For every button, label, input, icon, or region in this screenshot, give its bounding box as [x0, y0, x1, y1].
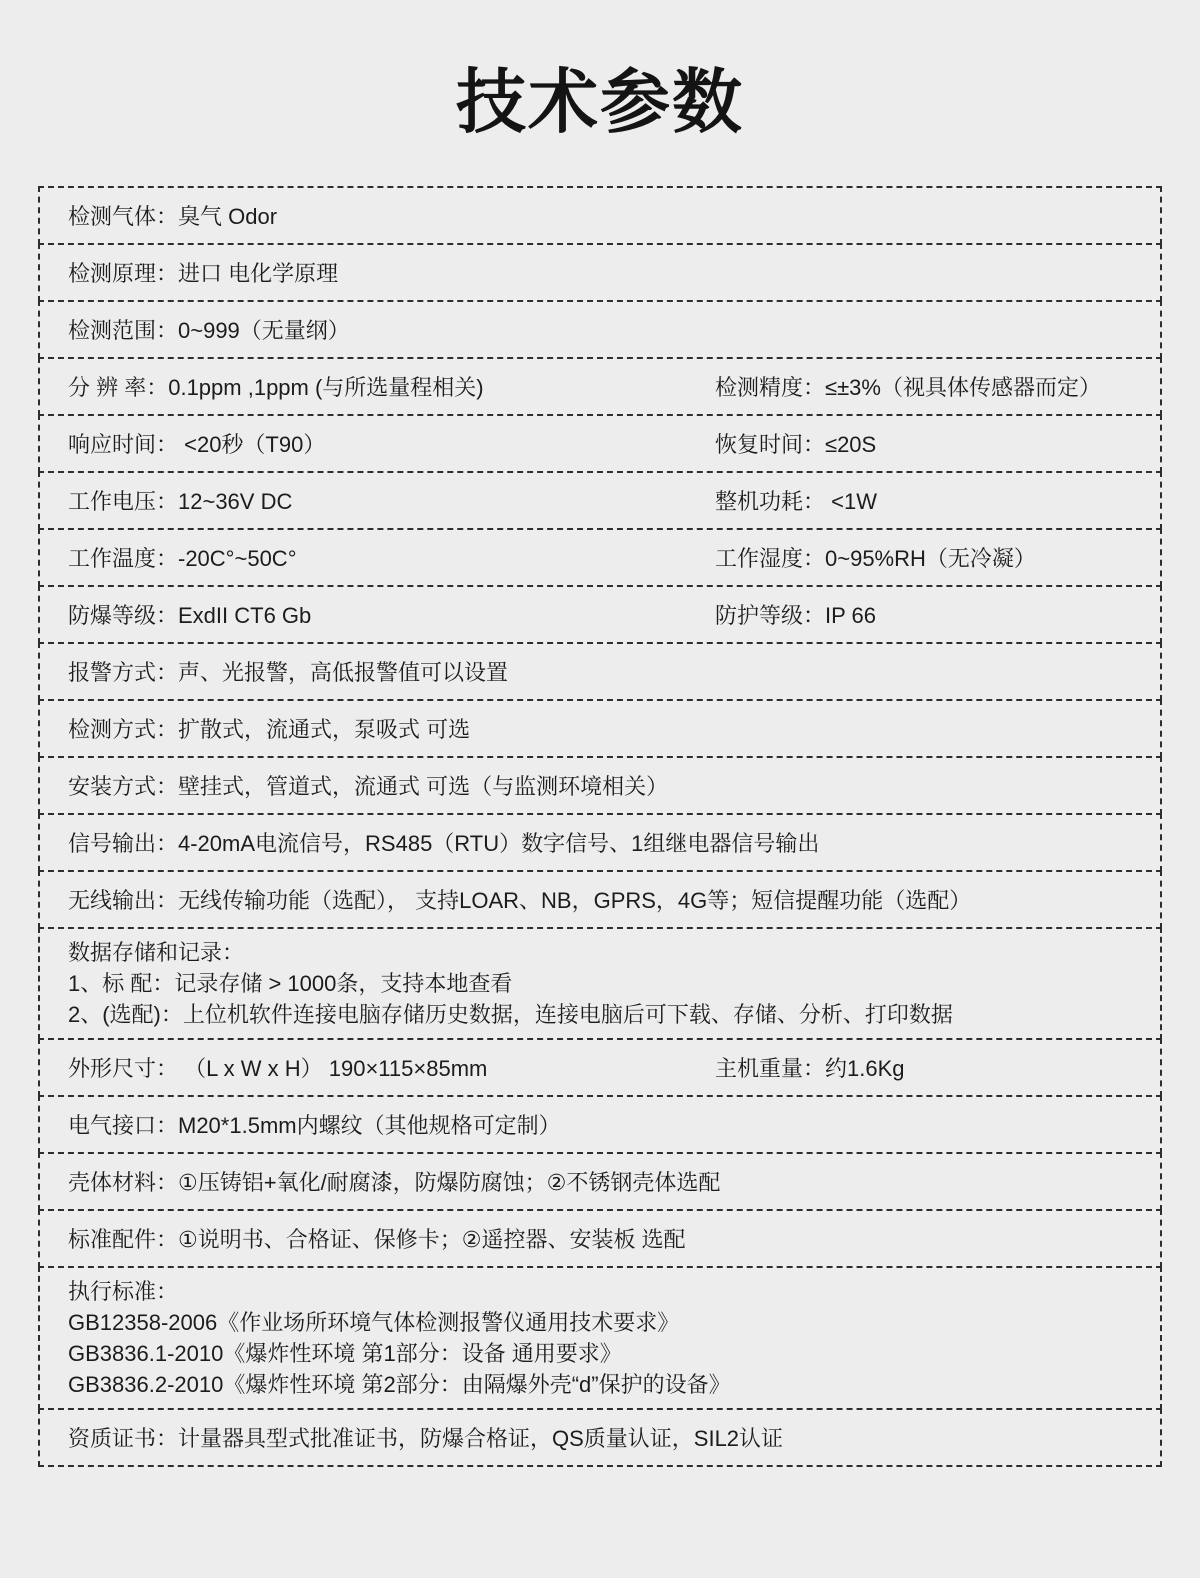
spec-text: 无线输出：无线传输功能（选配）， 支持LOAR、NB，GPRS，4G等；短信提醒… — [68, 884, 1132, 915]
spec-text-protection-grade: 防护等级：IP 66 — [715, 599, 1132, 630]
spec-line-standards-title: 执行标准： — [68, 1276, 1132, 1307]
spec-text: 检测气体：臭气 Odor — [68, 200, 1132, 231]
spec-text-working-voltage: 工作电压：12~36V DC — [68, 485, 715, 516]
spec-row-electrical-interface: 电气接口：M20*1.5mm内螺纹（其他规格可定制） — [38, 1095, 1162, 1154]
spec-row-detection-principle: 检测原理：进口 电化学原理 — [38, 243, 1162, 302]
spec-text-working-temperature: 工作温度：-20C°~50C° — [68, 542, 715, 573]
spec-row-housing-material: 壳体材料：①压铸铝+氧化/耐腐漆，防爆防腐蚀；②不锈钢壳体选配 — [38, 1152, 1162, 1211]
spec-text: 检测范围：0~999（无量纲） — [68, 314, 1132, 345]
spec-text-dimensions: 外形尺寸： （L x W x H） 190×115×85mm — [68, 1052, 715, 1083]
spec-text-accuracy: 检测精度：≤±3%（视具体传感器而定） — [715, 371, 1132, 402]
spec-text-resolution: 分 辨 率：0.1ppm ,1ppm (与所选量程相关) — [68, 371, 715, 402]
page-title: 技术参数 — [0, 52, 1200, 152]
spec-text-weight: 主机重量：约1.6Kg — [715, 1052, 1132, 1083]
spec-row-certificates: 资质证书：计量器具型式批准证书，防爆合格证，QS质量认证，SIL2认证 — [38, 1408, 1162, 1467]
spec-text: 标准配件：①说明书、合格证、保修卡；②遥控器、安装板 选配 — [68, 1223, 1132, 1254]
spec-line-data-storage-title: 数据存储和记录： — [68, 937, 1132, 968]
spec-row-response-recovery-time: 响应时间： <20秒（T90） 恢复时间：≤20S — [38, 414, 1162, 473]
spec-text-response-time: 响应时间： <20秒（T90） — [68, 428, 715, 459]
spec-text: 壳体材料：①压铸铝+氧化/耐腐漆，防爆防腐蚀；②不锈钢壳体选配 — [68, 1166, 1132, 1197]
spec-row-installation-mode: 安装方式：壁挂式，管道式，流通式 可选（与监测环境相关） — [38, 756, 1162, 815]
spec-row-detection-range: 检测范围：0~999（无量纲） — [38, 300, 1162, 359]
spec-row-wireless-output: 无线输出：无线传输功能（选配）， 支持LOAR、NB，GPRS，4G等；短信提醒… — [38, 870, 1162, 929]
spec-line-standard-gb3836-1: GB3836.1-2010《爆炸性环境 第1部分：设备 通用要求》 — [68, 1338, 1132, 1369]
spec-row-dimensions-weight: 外形尺寸： （L x W x H） 190×115×85mm 主机重量：约1.6… — [38, 1038, 1162, 1097]
spec-text: 资质证书：计量器具型式批准证书，防爆合格证，QS质量认证，SIL2认证 — [68, 1422, 1132, 1453]
spec-text: 信号输出：4-20mA电流信号，RS485（RTU）数字信号、1组继电器信号输出 — [68, 827, 1132, 858]
spec-line-standard-gb12358: GB12358-2006《作业场所环境气体检测报警仪通用技术要求》 — [68, 1307, 1132, 1338]
spec-text: 安装方式：壁挂式，管道式，流通式 可选（与监测环境相关） — [68, 770, 1132, 801]
spec-row-standard-accessories: 标准配件：①说明书、合格证、保修卡；②遥控器、安装板 选配 — [38, 1209, 1162, 1268]
spec-row-signal-output: 信号输出：4-20mA电流信号，RS485（RTU）数字信号、1组继电器信号输出 — [38, 813, 1162, 872]
spec-table: 检测气体：臭气 Odor 检测原理：进口 电化学原理 检测范围：0~999（无量… — [38, 186, 1162, 1467]
spec-text-explosion-proof-grade: 防爆等级：ExdII CT6 Gb — [68, 599, 715, 630]
spec-text: 检测原理：进口 电化学原理 — [68, 257, 1132, 288]
spec-line-standard-gb3836-2: GB3836.2-2010《爆炸性环境 第2部分：由隔爆外壳“d”保护的设备》 — [68, 1369, 1132, 1400]
spec-row-detection-mode: 检测方式：扩散式，流通式，泵吸式 可选 — [38, 699, 1162, 758]
spec-text-recovery-time: 恢复时间：≤20S — [715, 428, 1132, 459]
spec-row-voltage-power: 工作电压：12~36V DC 整机功耗： <1W — [38, 471, 1162, 530]
spec-line-data-storage-optional: 2、(选配)：上位机软件连接电脑存储历史数据，连接电脑后可下载、存储、分析、打印… — [68, 999, 1132, 1030]
spec-text: 检测方式：扩散式，流通式，泵吸式 可选 — [68, 713, 1132, 744]
spec-text-working-humidity: 工作湿度：0~95%RH（无冷凝） — [715, 542, 1132, 573]
spec-text-power-consumption: 整机功耗： <1W — [715, 485, 1132, 516]
spec-row-data-storage: 数据存储和记录： 1、标 配：记录存储 > 1000条，支持本地查看 2、(选配… — [38, 927, 1162, 1040]
spec-row-alarm-mode: 报警方式：声、光报警，高低报警值可以设置 — [38, 642, 1162, 701]
spec-line-data-storage-standard: 1、标 配：记录存储 > 1000条，支持本地查看 — [68, 968, 1132, 999]
spec-row-executive-standards: 执行标准： GB12358-2006《作业场所环境气体检测报警仪通用技术要求》 … — [38, 1266, 1162, 1410]
spec-row-temperature-humidity: 工作温度：-20C°~50C° 工作湿度：0~95%RH（无冷凝） — [38, 528, 1162, 587]
spec-text: 报警方式：声、光报警，高低报警值可以设置 — [68, 656, 1132, 687]
spec-row-explosion-protection-grade: 防爆等级：ExdII CT6 Gb 防护等级：IP 66 — [38, 585, 1162, 644]
spec-row-detection-gas: 检测气体：臭气 Odor — [38, 186, 1162, 245]
spec-row-resolution-accuracy: 分 辨 率：0.1ppm ,1ppm (与所选量程相关) 检测精度：≤±3%（视… — [38, 357, 1162, 416]
spec-text: 电气接口：M20*1.5mm内螺纹（其他规格可定制） — [68, 1109, 1132, 1140]
